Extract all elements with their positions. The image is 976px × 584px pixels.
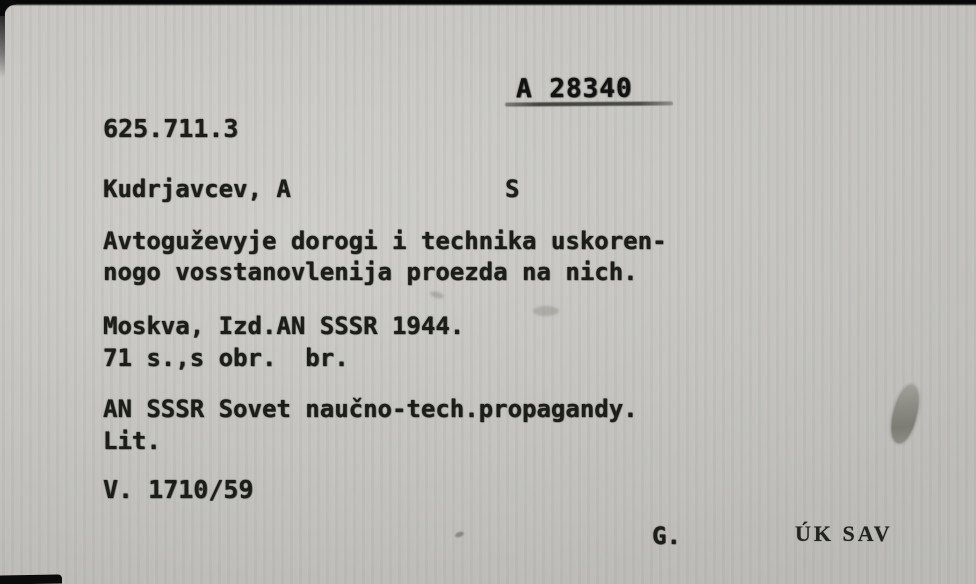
series-line-2: Lit. [103, 429, 161, 453]
ink-speck [454, 531, 464, 539]
library-stamp: ÚK SAV [795, 521, 893, 547]
imprint-line: Moskva, Izd.AN SSSR 1944. [103, 314, 464, 338]
ink-speck [533, 306, 559, 316]
author-filing-letter: S [505, 177, 519, 201]
scan-edge-bottom-left [0, 574, 62, 584]
tape-smudge [885, 382, 925, 446]
series-line-1: AN SSSR Sovet naučno-tech.propagandy. [103, 397, 638, 421]
title-line-2: nogo vosstanovlenija proezda na nich. [103, 260, 638, 284]
call-number: 625.711.3 [103, 116, 238, 141]
shelf-mark: V. 1710/59 [103, 477, 254, 502]
catalog-card: A 28340 625.711.3 Kudrjavcev, A S Avtogu… [0, 0, 976, 584]
accession-number-stamp: A 28340 [516, 76, 633, 103]
scan-edge-left [0, 0, 5, 78]
scan-edge-top [0, 0, 976, 6]
ink-speck [429, 290, 444, 299]
title-line-1: Avtoguževyje dorogi i technika uskoren- [103, 229, 667, 253]
processing-note: G. [652, 524, 681, 548]
accession-underline [505, 101, 673, 106]
author-name: Kudrjavcev, A [103, 177, 291, 201]
collation-line: 71 s.,s obr. br. [103, 346, 349, 370]
